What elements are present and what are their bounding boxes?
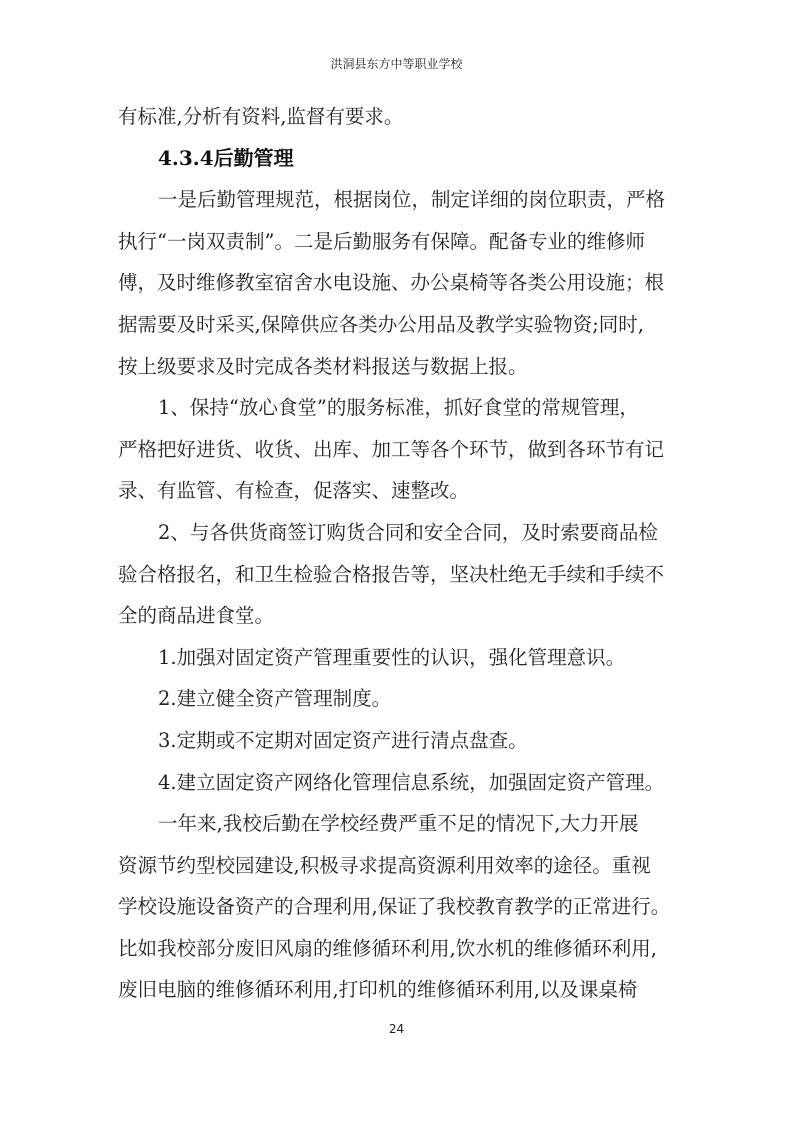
- list-item: 4.建立固定资产网络化管理信息系统，加强固定资产管理。: [118, 762, 676, 804]
- text-line: 学校设施设备资产的合理利用,保证了我校教育教学的正常进行。: [118, 886, 676, 928]
- section-heading: 4.3.4后勤管理: [118, 138, 676, 180]
- text-line: 按上级要求及时完成各类材料报送与数据上报。: [118, 346, 676, 388]
- text-line: 一是后勤管理规范，根据岗位，制定详细的岗位职责，严格: [118, 179, 676, 221]
- text-line: 2、与各供货商签订购货合同和安全合同，及时索要商品检: [118, 512, 676, 554]
- text-line: 比如我校部分废旧风扇的维修循环利用,饮水机的维修循环利用,: [118, 928, 676, 970]
- text-line: 录、有监管、有检查，促落实、速整改。: [118, 470, 676, 512]
- document-page: 洪洞县东方中等职业学校 有标准,分析有资料,监督有要求。 4.3.4后勤管理 一…: [0, 0, 793, 1122]
- text-line: 有标准,分析有资料,监督有要求。: [118, 96, 676, 138]
- text-line: 傅，及时维修教室宿舍水电设施、办公桌椅等各类公用设施；根: [118, 262, 676, 304]
- text-line: 严格把好进货、收货、出库、加工等各个环节，做到各环节有记: [118, 429, 676, 471]
- list-item: 2.建立健全资产管理制度。: [118, 678, 676, 720]
- text-line: 一年来,我校后勤在学校经费严重不足的情况下,大力开展: [118, 803, 676, 845]
- text-line: 废旧电脑的维修循环利用,打印机的维修循环利用,以及课桌椅: [118, 969, 676, 1011]
- text-line: 据需要及时采买,保障供应各类办公用品及教学实验物资;同时,: [118, 304, 676, 346]
- text-line: 全的商品进食堂。: [118, 595, 676, 637]
- text-line: 1、保持“放心食堂”的服务标准，抓好食堂的常规管理，: [118, 387, 676, 429]
- page-header: 洪洞县东方中等职业学校: [0, 55, 793, 72]
- document-body: 有标准,分析有资料,监督有要求。 4.3.4后勤管理 一是后勤管理规范，根据岗位…: [118, 96, 676, 1011]
- text-line: 资源节约型校园建设,积极寻求提高资源利用效率的途径。重视: [118, 845, 676, 887]
- text-line: 执行“一岗双责制”。二是后勤服务有保障。配备专业的维修师: [118, 221, 676, 263]
- list-item: 1.加强对固定资产管理重要性的认识，强化管理意识。: [118, 637, 676, 679]
- text-line: 验合格报名，和卫生检验合格报告等，坚决杜绝无手续和手续不: [118, 554, 676, 596]
- list-item: 3.定期或不定期对固定资产进行清点盘查。: [118, 720, 676, 762]
- page-number: 24: [0, 1022, 793, 1036]
